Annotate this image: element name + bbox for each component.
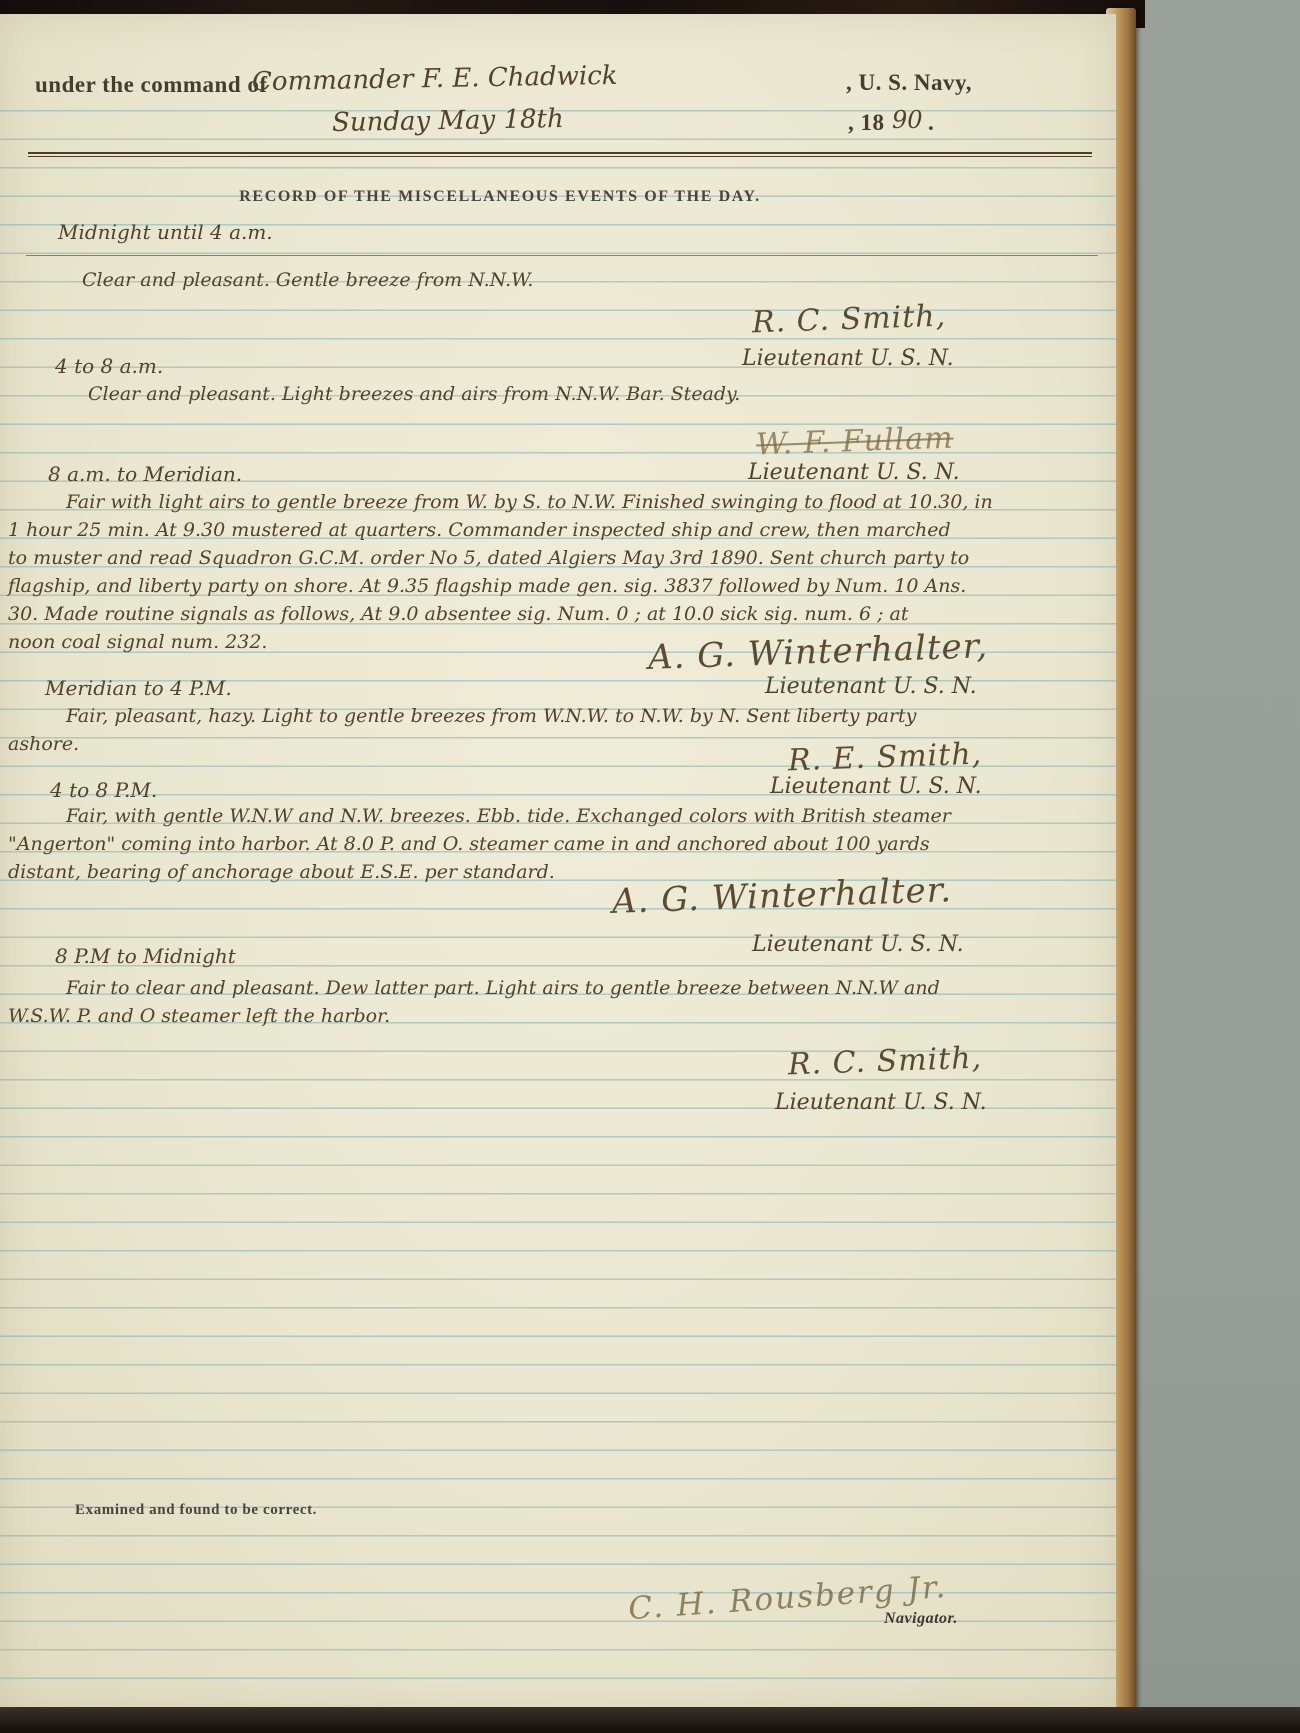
struck-officer-signature: W. F. Fullam xyxy=(755,421,954,463)
watch-label-midnight-4am: Midnight until 4 a.m. xyxy=(58,220,273,244)
officer-signature: R. C. Smith, xyxy=(751,299,946,341)
entry-body-line: flagship, and liberty party on shore. At… xyxy=(8,572,1094,600)
watch-label-4-8pm: 4 to 8 P.M. xyxy=(50,778,157,802)
year-period: . xyxy=(928,110,934,136)
usnavy-printed-suffix: , U. S. Navy, xyxy=(846,70,972,96)
entry-body-line: Fair, pleasant, hazy. Light to gentle br… xyxy=(8,702,1094,730)
entry-body-line: W.S.W. P. and O steamer left the harbor. xyxy=(8,1002,1094,1030)
date-handwritten: Sunday May 18th xyxy=(332,104,564,138)
watch-underline xyxy=(26,255,1098,256)
navigator-label: Navigator. xyxy=(884,1610,958,1628)
entry-body-line: Clear and pleasant. Gentle breeze from N… xyxy=(82,266,1168,294)
bottom-shadow xyxy=(0,1707,1300,1733)
command-printed-prefix: under the command of xyxy=(35,72,268,98)
entry-body-line: Fair, with gentle W.N.W and N.W. breezes… xyxy=(8,802,1094,830)
officer-signature: R. C. Smith, xyxy=(787,1041,982,1083)
entry-body-line: Fair to clear and pleasant. Dew latter p… xyxy=(8,974,1094,1002)
entry-body-line: to muster and read Squadron G.C.M. order… xyxy=(8,544,1094,572)
year-printed-prefix: , 18 xyxy=(848,110,885,136)
watch-label-8pm-midnight: 8 P.M to Midnight xyxy=(55,944,236,968)
officer-rank: Lieutenant U. S. N. xyxy=(765,674,977,699)
logbook-photo: under the command of Commander F. E. Cha… xyxy=(0,0,1300,1733)
officer-rank: Lieutenant U. S. N. xyxy=(770,774,982,799)
officer-rank: Lieutenant U. S. N. xyxy=(748,460,960,485)
entry-body-line: Fair with light airs to gentle breeze fr… xyxy=(8,488,1094,516)
officer-signature: R. E. Smith, xyxy=(787,737,982,779)
officer-rank: Lieutenant U. S. N. xyxy=(752,932,964,957)
entry-body: Fair to clear and pleasant. Dew latter p… xyxy=(8,974,1094,1030)
entry-body-line: 30. Made routine signals as follows, At … xyxy=(8,600,1094,628)
officer-rank: Lieutenant U. S. N. xyxy=(775,1090,987,1115)
watch-label-meridian-4pm: Meridian to 4 P.M. xyxy=(45,676,232,700)
entry-body: Clear and pleasant. Gentle breeze from N… xyxy=(82,266,1168,294)
entry-body: Clear and pleasant. Light breezes and ai… xyxy=(88,380,1174,408)
logbook-page: under the command of Commander F. E. Cha… xyxy=(0,14,1116,1710)
entry-body-line: "Angerton" coming into harbor. At 8.0 P.… xyxy=(8,830,1094,858)
watch-label-4-8am: 4 to 8 a.m. xyxy=(55,354,163,378)
section-heading: RECORD OF THE MISCELLANEOUS EVENTS OF TH… xyxy=(0,188,1000,206)
year-handwritten: 90 xyxy=(892,106,923,134)
examined-note: Examined and found to be correct. xyxy=(75,1502,317,1519)
officer-rank: Lieutenant U. S. N. xyxy=(742,346,954,371)
commander-name-handwritten: Commander F. E. Chadwick xyxy=(252,61,618,97)
entry-body-line: 1 hour 25 min. At 9.30 mustered at quart… xyxy=(8,516,1094,544)
entry-body-line: Clear and pleasant. Light breezes and ai… xyxy=(88,380,1174,408)
header-double-rule xyxy=(28,152,1092,159)
watch-label-8am-meridian: 8 a.m. to Meridian. xyxy=(48,462,242,486)
